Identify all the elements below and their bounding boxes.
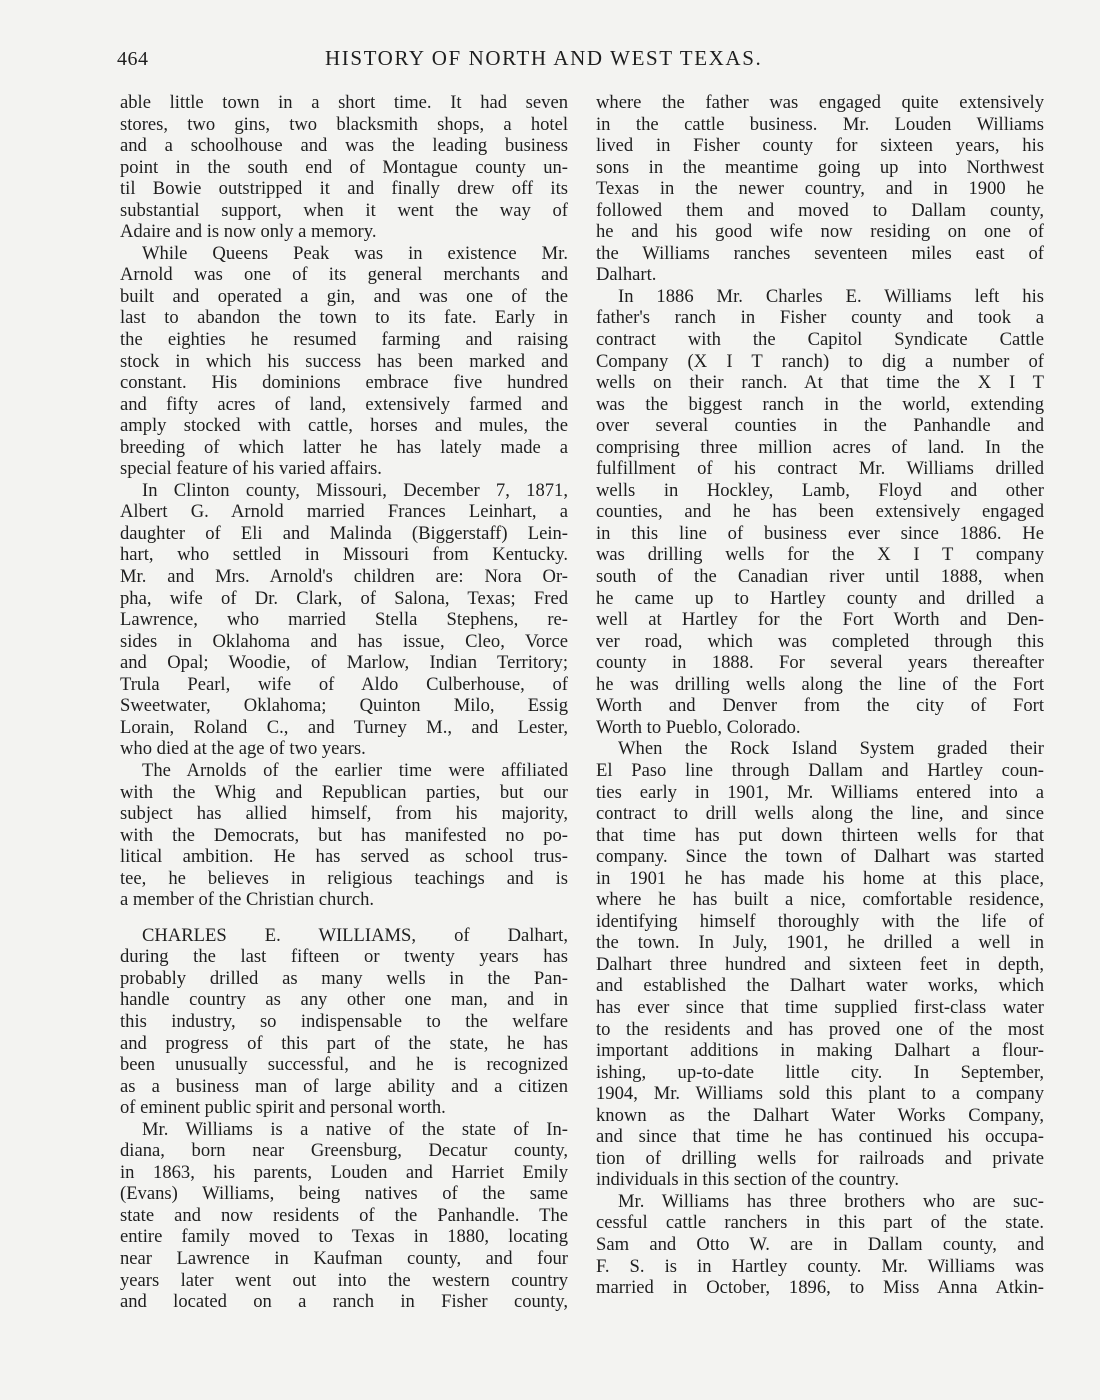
text-line: In Clinton county, Missouri, December 7,… (120, 480, 568, 502)
text-line: company. Since the town of Dalhart was s… (596, 846, 1044, 868)
text-line: identifying himself thoroughly with the … (596, 911, 1044, 933)
text-line: built and operated a gin, and was one of… (120, 286, 568, 308)
text-line: that time has put down thirteen wells fo… (596, 825, 1044, 847)
text-line: in the cattle business. Mr. Louden Willi… (596, 114, 1044, 136)
text-line: south of the Canadian river until 1888, … (596, 566, 1044, 588)
text-line: (Evans) Williams, being natives of the s… (120, 1183, 568, 1205)
text-line: Albert G. Arnold married Frances Leinhar… (120, 501, 568, 523)
text-line: was the biggest ranch in the world, exte… (596, 394, 1044, 416)
text-line: substantial support, when it went the wa… (120, 200, 568, 222)
text-line: the Williams ranches seventeen miles eas… (596, 243, 1044, 265)
text-line: sons in the meantime going up into North… (596, 157, 1044, 179)
text-line: last to abandon the town to its fate. Ea… (120, 307, 568, 329)
text-line: with the Democrats, but has manifested n… (120, 825, 568, 847)
text-line: Mr. Williams has three brothers who are … (596, 1191, 1044, 1213)
text-line: The Arnolds of the earlier time were aff… (120, 760, 568, 782)
text-line: wells in Hockley, Lamb, Floyd and other (596, 480, 1044, 502)
text-line: entire family moved to Texas in 1880, lo… (120, 1226, 568, 1248)
text-line: lived in Fisher county for sixteen years… (596, 135, 1044, 157)
text-line: stock in which his success has been mark… (120, 351, 568, 373)
text-line: has ever since that time supplied first-… (596, 997, 1044, 1019)
text-line: the town. In July, 1901, he drilled a we… (596, 932, 1044, 954)
text-line: litical ambition. He has served as schoo… (120, 846, 568, 868)
text-line: In 1886 Mr. Charles E. Williams left his (596, 286, 1044, 308)
text-line: he came up to Hartley county and drilled… (596, 588, 1044, 610)
text-line: and since that time he has continued his… (596, 1126, 1044, 1148)
page-number: 464 (117, 48, 149, 71)
text-line: handle country as any other one man, and… (120, 989, 568, 1011)
text-line: contract to drill wells along the line, … (596, 803, 1044, 825)
text-line: near Lawrence in Kaufman county, and fou… (120, 1248, 568, 1270)
text-line: and located on a ranch in Fisher county, (120, 1291, 568, 1313)
running-title: HISTORY OF NORTH AND WEST TEXAS. (325, 46, 762, 71)
text-line: wells on their ranch. At that time the X… (596, 372, 1044, 394)
text-line: comprising three million acres of land. … (596, 437, 1044, 459)
text-line: this industry, so indispensable to the w… (120, 1011, 568, 1033)
text-line: probably drilled as many wells in the Pa… (120, 968, 568, 990)
text-line: Dalhart. (596, 264, 1044, 286)
text-line: in this line of business ever since 1886… (596, 523, 1044, 545)
text-line: Mr. and Mrs. Arnold's children are: Nora… (120, 566, 568, 588)
text-line: in 1901 he has made his home at this pla… (596, 868, 1044, 890)
text-line: he was drilling wells along the line of … (596, 674, 1044, 696)
text-line: sides in Oklahoma and has issue, Cleo, V… (120, 631, 568, 653)
text-line: and a schoolhouse and was the leading bu… (120, 135, 568, 157)
text-line: F. S. is in Hartley county. Mr. Williams… (596, 1256, 1044, 1278)
text-line: El Paso line through Dallam and Hartley … (596, 760, 1044, 782)
text-line: subject has allied himself, from his maj… (120, 803, 568, 825)
text-line: Mr. Williams is a native of the state of… (120, 1119, 568, 1141)
page-header: 464 HISTORY OF NORTH AND WEST TEXAS. (0, 46, 1100, 74)
text-line: during the last fifteen or twenty years … (120, 946, 568, 968)
text-line: county in 1888. For several years therea… (596, 652, 1044, 674)
text-line: hart, who settled in Missouri from Kentu… (120, 544, 568, 566)
text-line: Company (X I T ranch) to dig a number of (596, 351, 1044, 373)
text-line: stores, two gins, two blacksmith shops, … (120, 114, 568, 136)
text-line: Dalhart three hundred and sixteen feet i… (596, 954, 1044, 976)
text-line: Texas in the newer country, and in 1900 … (596, 178, 1044, 200)
text-line: tion of drilling wells for railroads and… (596, 1148, 1044, 1170)
text-line: While Queens Peak was in existence Mr. (120, 243, 568, 265)
text-line: able little town in a short time. It had… (120, 92, 568, 114)
text-line: of eminent public spirit and personal wo… (120, 1097, 568, 1119)
text-line: fulfillment of his contract Mr. Williams… (596, 458, 1044, 480)
text-line: Sam and Otto W. are in Dallam county, an… (596, 1234, 1044, 1256)
text-line: individuals in this section of the count… (596, 1169, 1044, 1191)
section-gap (120, 911, 568, 925)
text-line: and fifty acres of land, extensively far… (120, 394, 568, 416)
text-line: in 1863, his parents, Louden and Harriet… (120, 1162, 568, 1184)
text-line: Worth to Pueblo, Colorado. (596, 717, 1044, 739)
text-line: Lawrence, who married Stella Stephens, r… (120, 609, 568, 631)
text-line: with the Whig and Republican parties, bu… (120, 782, 568, 804)
text-line: point in the south end of Montague count… (120, 157, 568, 179)
text-line: been unusually successful, and he is rec… (120, 1054, 568, 1076)
text-line: where the father was engaged quite exten… (596, 92, 1044, 114)
text-line: cessful cattle ranchers in this part of … (596, 1212, 1044, 1234)
text-line: ishing, up-to-date little city. In Septe… (596, 1062, 1044, 1084)
text-line: to the residents and has proved one of t… (596, 1019, 1044, 1041)
text-line: well at Hartley for the Fort Worth and D… (596, 609, 1044, 631)
right-column: where the father was engaged quite exten… (596, 92, 1044, 1299)
text-line: a member of the Christian church. (120, 889, 568, 911)
text-line: counties, and he has been extensively en… (596, 501, 1044, 523)
text-line: tee, he believes in religious teachings … (120, 868, 568, 890)
text-line: Trula Pearl, wife of Aldo Culberhouse, o… (120, 674, 568, 696)
text-line: who died at the age of two years. (120, 738, 568, 760)
text-line: contract with the Capitol Syndicate Catt… (596, 329, 1044, 351)
text-line: over several counties in the Panhandle a… (596, 415, 1044, 437)
text-line: amply stocked with cattle, horses and mu… (120, 415, 568, 437)
text-line: and Opal; Woodie, of Marlow, Indian Terr… (120, 652, 568, 674)
text-line: where he has built a nice, comfortable r… (596, 889, 1044, 911)
text-line: state and now residents of the Panhandle… (120, 1205, 568, 1227)
text-line: important additions in making Dalhart a … (596, 1040, 1044, 1062)
text-line: breeding of which latter he has lately m… (120, 437, 568, 459)
left-column: able little town in a short time. It had… (120, 92, 568, 1313)
text-line: Sweetwater, Oklahoma; Quinton Milo, Essi… (120, 695, 568, 717)
text-line: known as the Dalhart Water Works Company… (596, 1105, 1044, 1127)
text-line: daughter of Eli and Malinda (Biggerstaff… (120, 523, 568, 545)
text-line: constant. His dominions embrace five hun… (120, 372, 568, 394)
text-line: til Bowie outstripped it and finally dre… (120, 178, 568, 200)
text-line: the eighties he resumed farming and rais… (120, 329, 568, 351)
text-line: When the Rock Island System graded their (596, 738, 1044, 760)
text-line: and established the Dalhart water works,… (596, 975, 1044, 997)
text-line: father's ranch in Fisher county and took… (596, 307, 1044, 329)
text-line: and progress of this part of the state, … (120, 1033, 568, 1055)
text-line: Arnold was one of its general merchants … (120, 264, 568, 286)
text-line: years later went out into the western co… (120, 1270, 568, 1292)
text-line: CHARLES E. WILLIAMS, of Dalhart, (120, 925, 568, 947)
text-line: pha, wife of Dr. Clark, of Salona, Texas… (120, 588, 568, 610)
text-line: diana, born near Greensburg, Decatur cou… (120, 1140, 568, 1162)
text-line: Lorain, Roland C., and Turney M., and Le… (120, 717, 568, 739)
text-line: 1904, Mr. Williams sold this plant to a … (596, 1083, 1044, 1105)
text-line: Adaire and is now only a memory. (120, 221, 568, 243)
text-line: was drilling wells for the X I T company (596, 544, 1044, 566)
text-line: as a business man of large ability and a… (120, 1076, 568, 1098)
text-line: Worth and Denver from the city of Fort (596, 695, 1044, 717)
text-line: married in October, 1896, to Miss Anna A… (596, 1277, 1044, 1299)
text-line: ties early in 1901, Mr. Williams entered… (596, 782, 1044, 804)
text-line: special feature of his varied affairs. (120, 458, 568, 480)
text-line: ver road, which was completed through th… (596, 631, 1044, 653)
text-line: followed them and moved to Dallam county… (596, 200, 1044, 222)
text-line: he and his good wife now residing on one… (596, 221, 1044, 243)
